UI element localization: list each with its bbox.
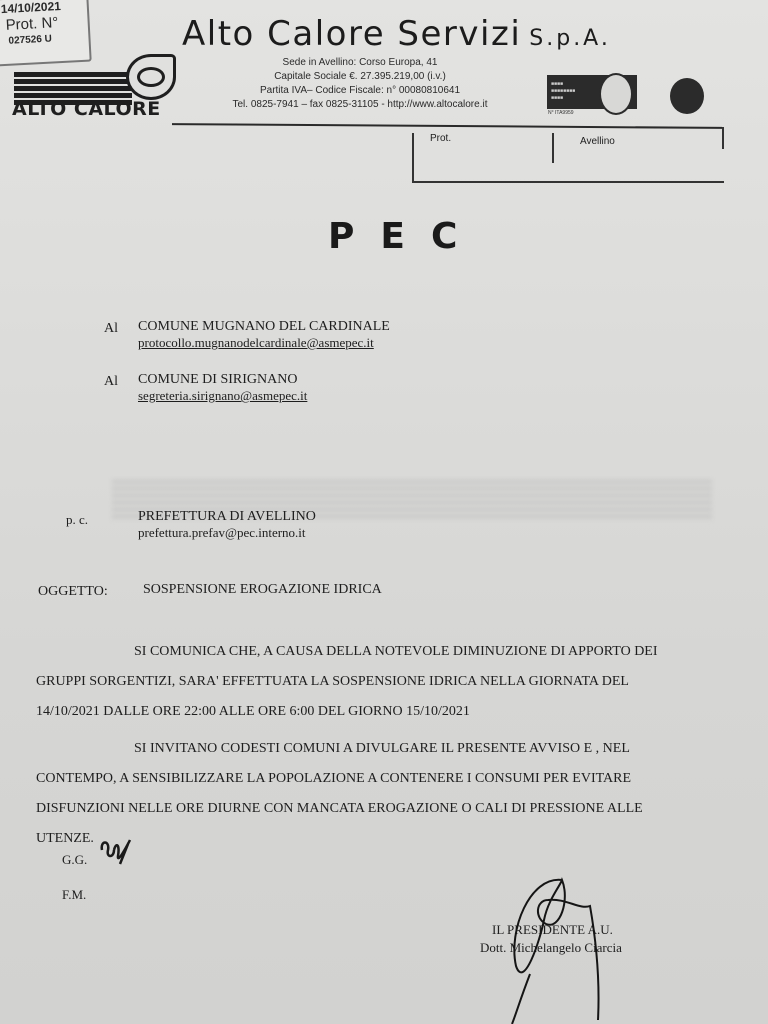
body-line: 14/10/2021 DALLE ORE 22:00 ALLE ORE 6:00… (36, 697, 736, 727)
address-line: Partita IVA– Codice Fiscale: n° 00080810… (200, 84, 520, 98)
document-type: PEC (328, 216, 483, 257)
recipient-2-block: COMUNE DI SIRIGNANO segreteria.sirignano… (138, 372, 307, 404)
certification-number: N° ITA9959 (548, 110, 574, 116)
body-line: DISFUNZIONI NELLE ORE DIURNE CON MANCATA… (36, 794, 736, 824)
company-address: Sede in Avellino: Corso Europa, 41 Capit… (200, 56, 520, 112)
recipient-prefix: Al (104, 321, 118, 336)
company-name: Alto Calore ServiziS.p.A. (182, 14, 611, 54)
body-line: CONTEMPO, A SENSIBILIZZARE LA POPOLAZION… (36, 764, 736, 794)
address-line: Sede in Avellino: Corso Europa, 41 (200, 56, 520, 70)
body-line: GRUPPI SORGENTIZI, SARA' EFFETTUATA LA S… (36, 667, 736, 697)
cc-prefix: p. c. (66, 512, 88, 528)
protocol-box (412, 133, 724, 183)
subject-text: SOSPENSIONE EROGAZIONE IDRICA (143, 582, 382, 598)
signatory-name: Dott. Michelangelo Ciarcia (480, 940, 622, 956)
header-divider (172, 123, 722, 129)
recipient-1: Al (104, 319, 118, 337)
company-suffix: S.p.A. (529, 26, 611, 51)
certification-badge-icon: ■■■■■■■■■■■■■■■■ (547, 75, 637, 109)
recipient-name: COMUNE DI SIRIGNANO (138, 372, 307, 388)
body-line: UTENZE. (36, 824, 736, 854)
address-line: Capitale Sociale €. 27.395.219,00 (i.v.) (200, 70, 520, 84)
city-label: Avellino (580, 136, 615, 147)
body-line: SI COMUNICA CHE, A CAUSA DELLA NOTEVOLE … (36, 637, 736, 667)
stamp-label: Prot. N° (5, 14, 59, 34)
recipient-name: COMUNE MUGNANO DEL CARDINALE (138, 319, 390, 335)
recipient-2: Al (104, 372, 118, 390)
quality-seal-icon (670, 78, 704, 114)
body-paragraph-1: SI COMUNICA CHE, A CAUSA DELLA NOTEVOLE … (36, 637, 736, 727)
protocol-label: Prot. (430, 133, 451, 144)
logo-name: ALTO CALORE (12, 98, 161, 120)
recipient-email[interactable]: segreteria.sirignano@asmepec.it (138, 388, 307, 404)
company-logo: ALTO CALORE (12, 50, 172, 122)
company-title: Alto Calore Servizi (182, 14, 521, 54)
initials-gg: G.G. (62, 852, 87, 868)
body-line: SI INVITANO CODESTI COMUNI A DIVULGARE I… (36, 734, 736, 764)
signatory-title: IL PRESIDENTE A.U. (492, 922, 613, 938)
cc-name: PREFETTURA DI AVELLINO (138, 509, 316, 525)
cc-block: PREFETTURA DI AVELLINO prefettura.prefav… (138, 509, 316, 541)
stamp-number: 027526 U (8, 34, 52, 47)
recipient-email[interactable]: protocollo.mugnanodelcardinale@asmepec.i… (138, 335, 390, 351)
body-paragraph-2: SI INVITANO CODESTI COMUNI A DIVULGARE I… (36, 734, 736, 854)
initials-fm: F.M. (62, 887, 86, 903)
cc-email[interactable]: prefettura.prefav@pec.interno.it (138, 525, 316, 541)
logo-emblem-icon (126, 54, 176, 100)
address-line: Tel. 0825-7941 – fax 0825-31105 - http:/… (200, 98, 520, 112)
subject-label: OGGETTO: (38, 584, 108, 600)
recipient-1-block: COMUNE MUGNANO DEL CARDINALE protocollo.… (138, 319, 390, 351)
recipient-prefix: Al (104, 374, 118, 389)
